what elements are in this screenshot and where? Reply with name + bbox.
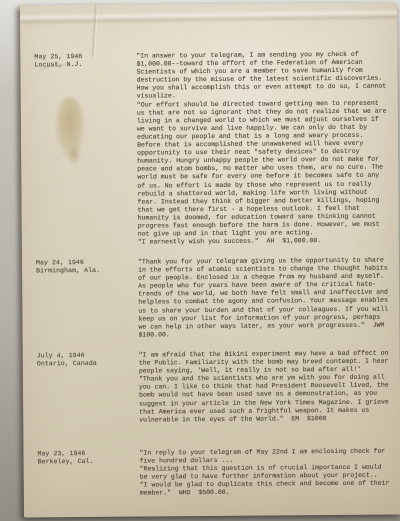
scanned-letter-photo: May 25, 1946 Locust, N.J. "In answer to … [0, 0, 400, 521]
entry-body: "I am afraid that the Bikini experiment … [139, 350, 392, 425]
entry-location: Birmingham, Ala. [36, 267, 138, 276]
entry-paragraph: "In answer to your telegram, I am sendin… [136, 51, 388, 102]
entry-paragraph: "I would be glad to duplicate this check… [140, 480, 392, 498]
entry-body: "Thank you for your telegram giving us t… [138, 257, 391, 340]
entry-meta: May 23, 1946 Berkeley, Cal. [37, 450, 139, 467]
letter-entry-birmingham-ala: May 24, 1946 Birmingham, Ala. "Thank you… [36, 257, 391, 341]
letter-entry-berkeley-cal: May 23, 1946 Berkeley, Cal. "In reply to… [37, 448, 391, 499]
letter-entry-ontario-canada: July 4, 1946 Ontario, Canada "I am afrai… [37, 350, 392, 426]
paper-sheet: May 25, 1946 Locust, N.J. "In answer to … [20, 3, 400, 518]
entry-paragraph: "Our effort should be directed toward ge… [137, 99, 390, 239]
entry-paragraph: "I earnestly wish you success." AH $1,00… [138, 237, 390, 247]
entry-meta: July 4, 1946 Ontario, Canada [37, 352, 139, 369]
entry-body: "In reply to your telegram of May 22nd I… [139, 448, 391, 499]
letter-entry-locust-nj: May 25, 1946 Locust, N.J. "In answer to … [34, 51, 390, 248]
entry-location: Ontario, Canada [37, 360, 139, 369]
entry-meta: May 25, 1946 Locust, N.J. [34, 53, 136, 70]
entry-meta: May 24, 1946 Birmingham, Ala. [36, 259, 138, 276]
entry-paragraph: "Thank you for your telegram giving us t… [138, 257, 391, 340]
letter-entries: May 25, 1946 Locust, N.J. "In answer to … [20, 3, 400, 518]
entry-location: Berkeley, Cal. [38, 458, 140, 467]
entry-paragraph: "Thank you and the scientists who are ym… [139, 374, 391, 425]
entry-paragraph: "I am afraid that the Bikini experiment … [139, 350, 391, 376]
entry-body: "In answer to your telegram, I am sendin… [136, 51, 390, 247]
entry-location: Locust, N.J. [34, 61, 136, 70]
